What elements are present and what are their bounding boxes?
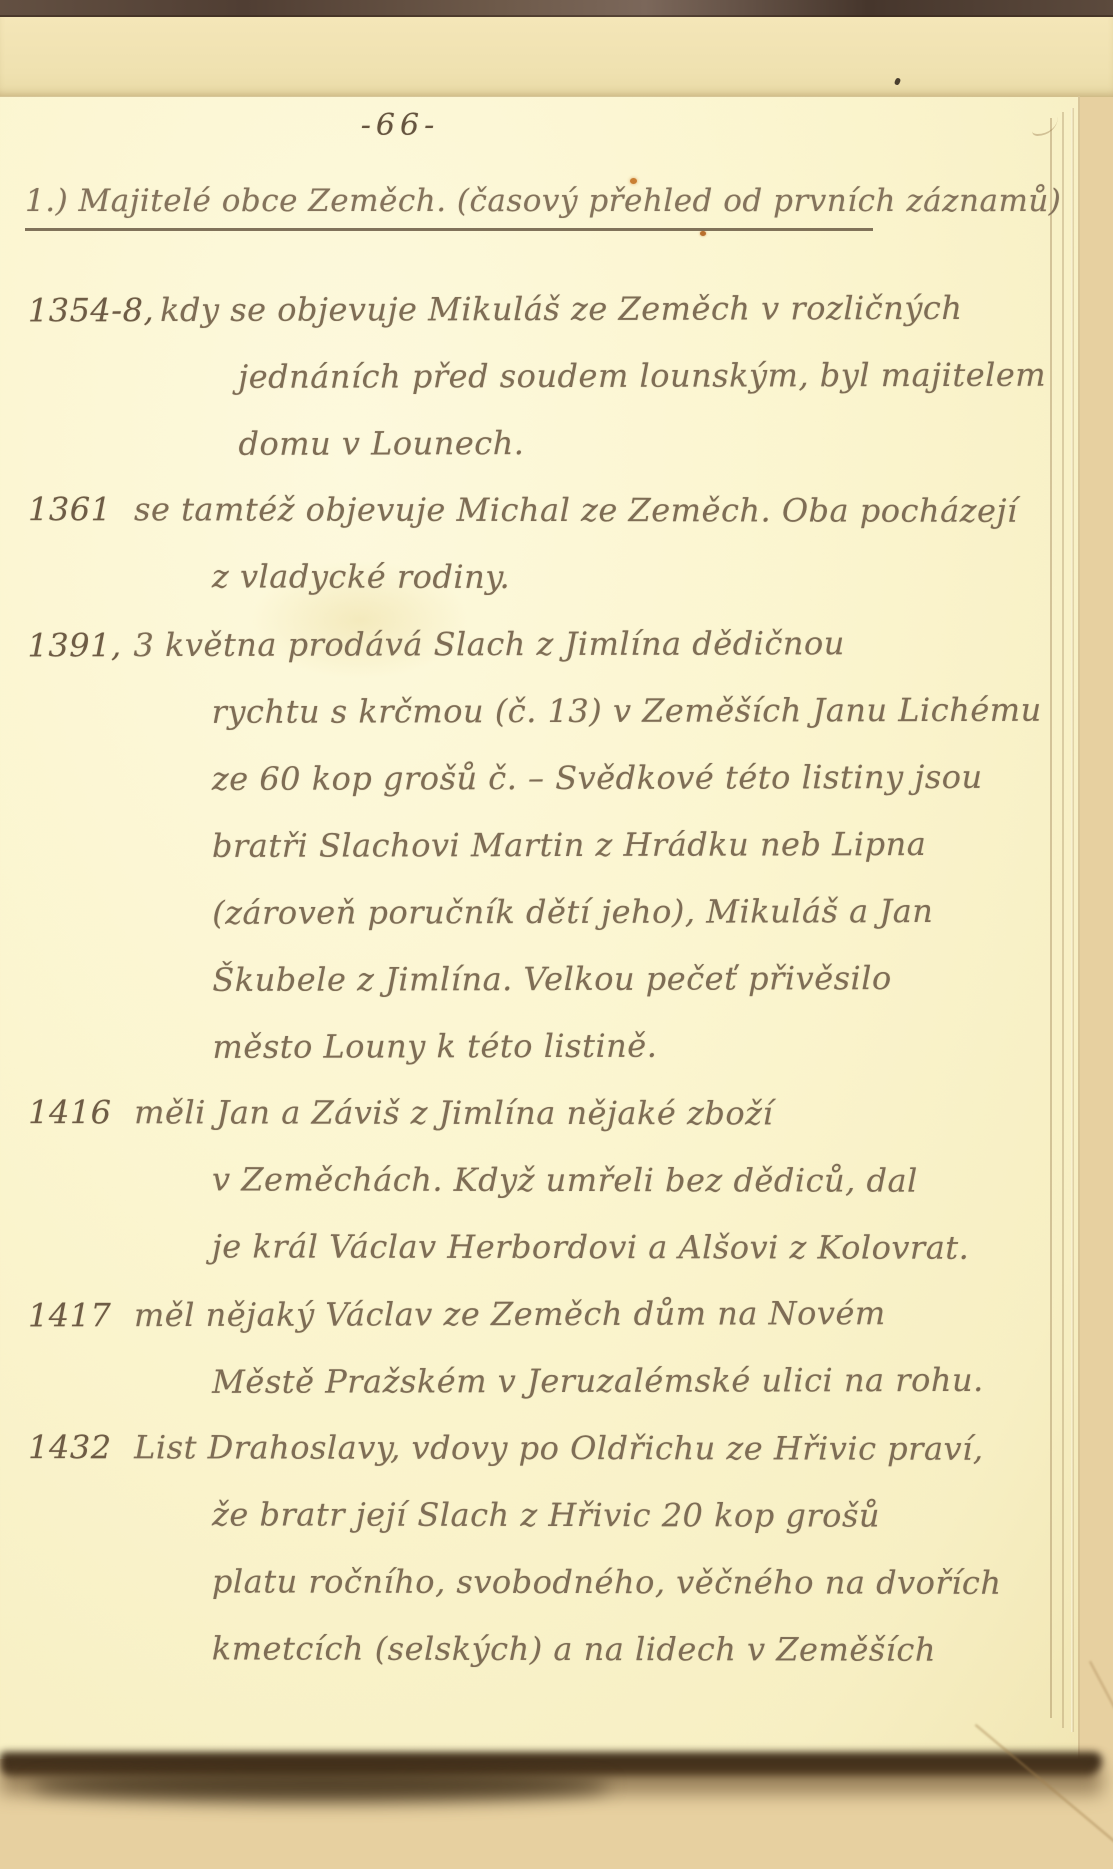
- page-edge-line: [1071, 108, 1074, 1732]
- sheet-bottom-shadow-lobe: [30, 1770, 610, 1802]
- entry-year: 1417: [28, 1282, 128, 1349]
- entry-line: bratři Slachovi Martin z Hrádku neb Lipn…: [212, 811, 1068, 880]
- entry-line: kdy se objevuje Mikuláš ze Zeměch v rozl…: [160, 275, 1068, 344]
- entry-line: (zároveň poručník dětí jeho), Mikuláš a …: [212, 878, 1068, 947]
- entry-line: z vladycké rodiny.: [212, 543, 1068, 611]
- book-cover-edge: [0, 0, 1113, 17]
- scanned-manuscript-page: -66- 1.) Majitelé obce Zeměch. (časový p…: [0, 0, 1113, 1869]
- entry-line: kmetcích (selských) a na lidech v Zeměší…: [212, 1615, 1068, 1683]
- entry-line: město Louny k této listině.: [212, 1012, 1068, 1081]
- entry-line: domu v Lounech.: [238, 409, 1068, 478]
- entry-text: měl nějaký Václav ze Zeměch dům na Novém…: [134, 1280, 1068, 1416]
- entry-year: 1416: [28, 1079, 128, 1146]
- flyleaf-band: [0, 17, 1113, 97]
- entry-line: měli Jan a Záviš z Jimlína nějaké zboží: [134, 1079, 1068, 1148]
- entry-line: Škubele z Jimlína. Velkou pečeť přivěsil…: [212, 945, 1068, 1014]
- entry-text: 3 května prodává Slach z Jimlína dědično…: [133, 610, 1068, 1081]
- entry-year: 1432: [28, 1414, 128, 1481]
- entry-line: rychtu s krčmou (č. 13) v Zeměších Janu …: [212, 677, 1068, 746]
- entry-line: je král Václav Herbordovi a Alšovi z Kol…: [212, 1213, 1068, 1281]
- entry-line: List Drahoslavy, vdovy po Oldřichu ze Hř…: [134, 1414, 1068, 1483]
- entry-line: v Zeměchách. Když umřeli bez dědiců, dal: [212, 1146, 1068, 1214]
- rust-speck: [700, 231, 706, 236]
- entry-line: se tamtéž objevuje Michal ze Zeměch. Oba…: [134, 476, 1068, 545]
- entry-line: že bratr její Slach z Hřivic 20 kop groš…: [212, 1481, 1068, 1549]
- entry: 1361se tamtéž objevuje Michal ze Zeměch.…: [28, 476, 1068, 612]
- entry-text: se tamtéž objevuje Michal ze Zeměch. Oba…: [134, 476, 1068, 612]
- page-number: -66-: [0, 108, 800, 143]
- entry: 1354-8,kdy se objevuje Mikuláš ze Zeměch…: [28, 275, 1069, 479]
- entry-line: platu ročního, svobodného, věčného na dv…: [212, 1548, 1068, 1616]
- entry-line: 3 května prodává Slach z Jimlína dědično…: [133, 610, 1067, 679]
- entry-year: 1361: [28, 476, 128, 543]
- entry-line: ze 60 kop grošů č. – Svědkové této listi…: [212, 744, 1068, 813]
- entry: 1416měli Jan a Záviš z Jimlína nějaké zb…: [28, 1079, 1068, 1282]
- underpage-crease: [1089, 1661, 1113, 1741]
- entry-line: měl nějaký Václav ze Zeměch dům na Novém: [134, 1280, 1068, 1349]
- section-heading: 1.) Majitelé obce Zeměch. (časový přehle…: [25, 183, 873, 231]
- entry-year: 1391,: [27, 612, 127, 679]
- entry-year: 1354-8,: [28, 277, 154, 344]
- entries: 1354-8,kdy se objevuje Mikuláš ze Zeměch…: [28, 276, 1068, 1683]
- entry-line: jednáních před soudem lounským, byl maji…: [238, 342, 1068, 411]
- entry-text: kdy se objevuje Mikuláš ze Zeměch v rozl…: [160, 275, 1068, 478]
- entry: 1391,3 května prodává Slach z Jimlína dě…: [27, 610, 1068, 1082]
- entry-text: List Drahoslavy, vdovy po Oldřichu ze Hř…: [134, 1414, 1068, 1684]
- entry: 1432List Drahoslavy, vdovy po Oldřichu z…: [28, 1414, 1068, 1684]
- entry: 1417měl nějaký Václav ze Zeměch dům na N…: [28, 1280, 1068, 1417]
- entry-line: Městě Pražském v Jeruzalémské ulici na r…: [212, 1347, 1068, 1416]
- entry-text: měli Jan a Záviš z Jimlína nějaké zbožív…: [134, 1079, 1068, 1282]
